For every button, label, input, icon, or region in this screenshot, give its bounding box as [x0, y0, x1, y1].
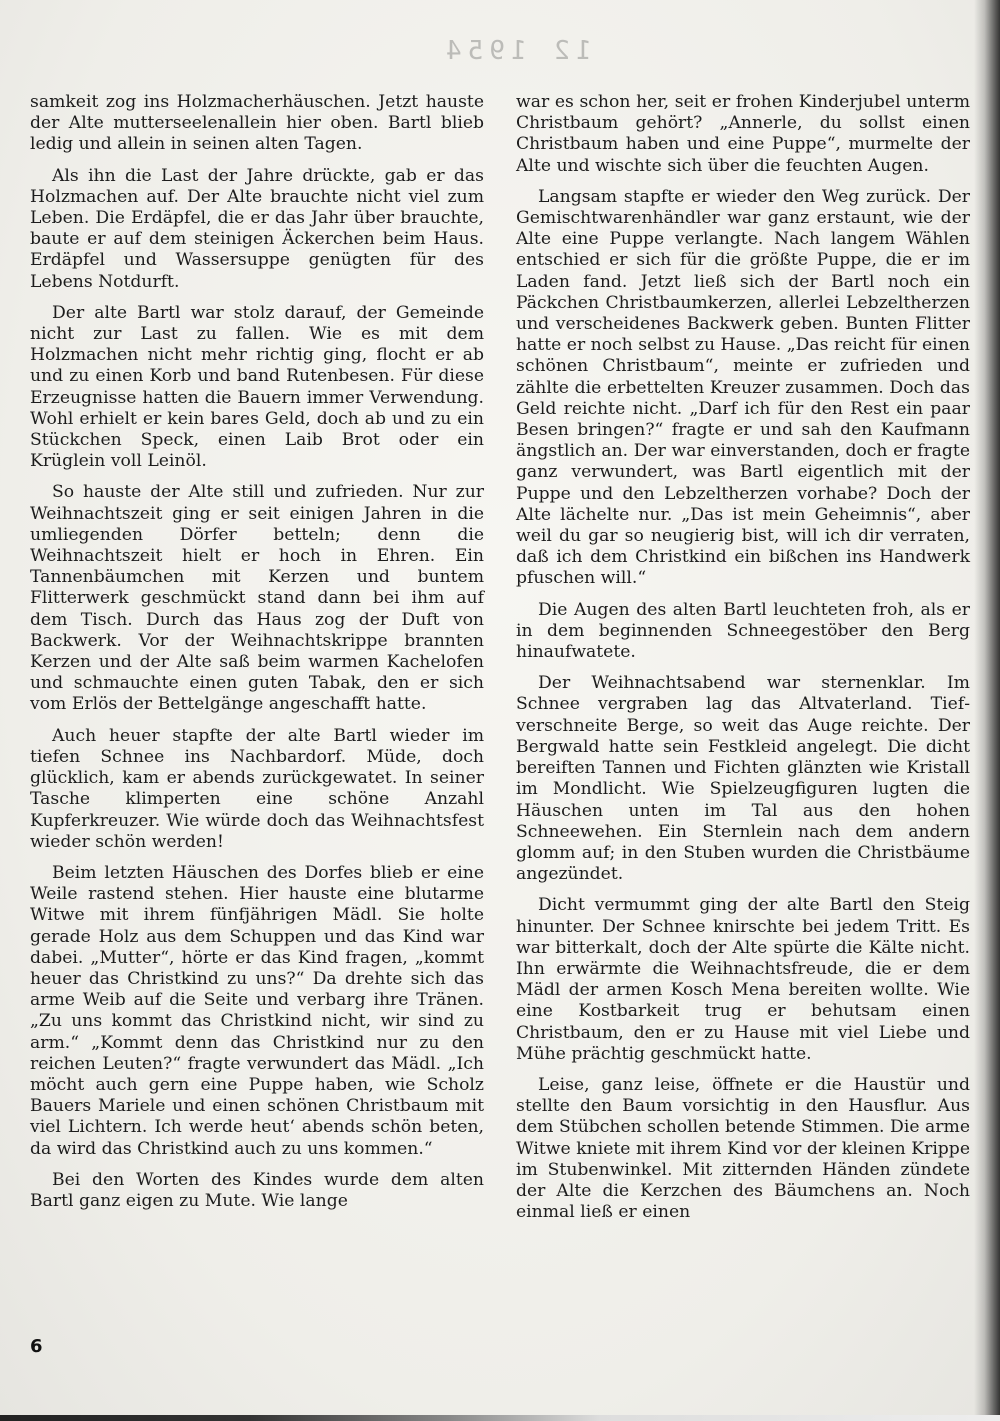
left-column: samkeit zog ins Holzmacherhäuschen. Jetz… — [30, 92, 484, 1222]
paragraph: Leise, ganz leise, öffnete er die Haustü… — [516, 1075, 970, 1223]
paragraph: Als ihn die Last der Jahre drückte, gab … — [30, 166, 484, 293]
paragraph: Dicht vermummt ging der alte Bartl den S… — [516, 895, 970, 1065]
paragraph: Bei den Worten des Kindes wurde dem alte… — [30, 1170, 484, 1212]
paragraph: samkeit zog ins Holzmacherhäuschen. Jetz… — [30, 92, 484, 156]
paragraph: Langsam stapfte er wieder den Weg zurück… — [516, 187, 970, 590]
paragraph: Die Augen des alten Bartl leuchteten fro… — [516, 600, 970, 664]
date-stamp: 12 1954 — [440, 36, 592, 66]
binding-shadow — [974, 0, 1000, 1421]
scanned-page: 12 1954 samkeit zog ins Holzmacherhäusch… — [0, 0, 1000, 1421]
page-bottom-edge — [0, 1415, 1000, 1421]
paragraph: Auch heuer stapfte der alte Bartl wieder… — [30, 726, 484, 853]
page-number: 6 — [30, 1336, 43, 1357]
paragraph: war es schon her, seit er frohen Kinderj… — [516, 92, 970, 177]
right-column: war es schon her, seit er frohen Kinderj… — [516, 92, 970, 1233]
paragraph: So hauste der Alte still und zufrieden. … — [30, 482, 484, 715]
paragraph: Der Weihnachtsabend war sternenklar. Im … — [516, 673, 970, 885]
paragraph: Beim letzten Häuschen des Dorfes blieb e… — [30, 863, 484, 1160]
paragraph: Der alte Bartl war stolz darauf, der Ge­… — [30, 303, 484, 473]
